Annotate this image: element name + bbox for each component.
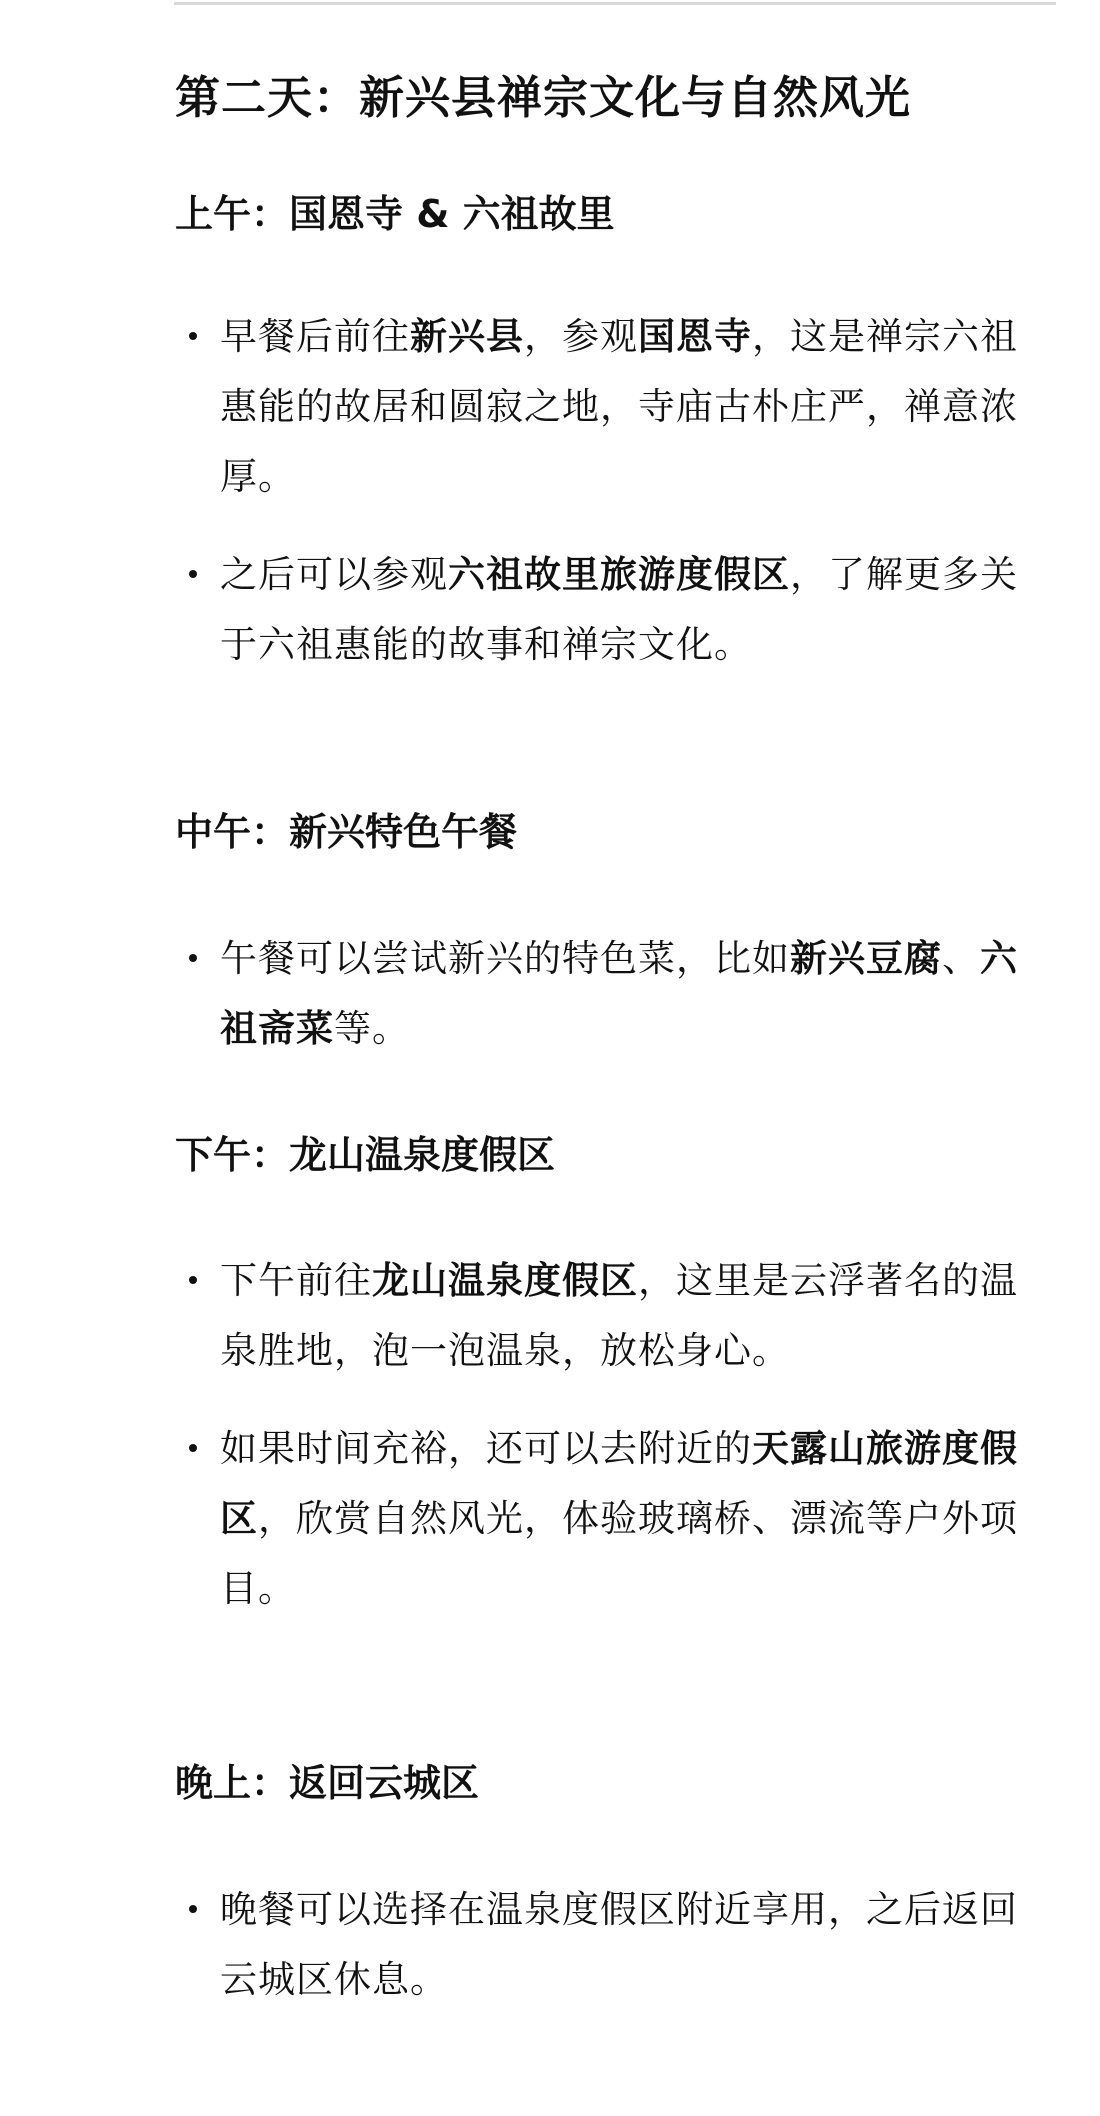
- list-item: 午餐可以尝试新兴的特色菜，比如新兴豆腐、六祖斋菜等。: [175, 924, 1055, 1064]
- emphasis-text: 六祖故里旅游度假区: [448, 553, 790, 596]
- body-text: 下午前往: [220, 1259, 372, 1302]
- day-title: 第二天：新兴县禅宗文化与自然风光: [175, 66, 911, 130]
- section-title: 晚上：返回云城区: [175, 1755, 1055, 1811]
- bullet-icon: [189, 1276, 197, 1284]
- bullet-icon: [189, 570, 197, 578]
- emphasis-text: 国恩寺: [638, 315, 752, 358]
- section-title: 下午：龙山温泉度假区: [175, 1127, 1055, 1183]
- list-item: 如果时间充裕，还可以去附近的天露山旅游度假区，欣赏自然风光，体验玻璃桥、漂流等户…: [175, 1414, 1055, 1624]
- bullet-icon: [189, 1905, 197, 1913]
- bullet-icon: [189, 332, 197, 340]
- list-item: 晚餐可以选择在温泉度假区附近享用，之后返回云城区休息。: [175, 1875, 1055, 2015]
- section-morning: 上午：国恩寺 & 六祖故里 早餐后前往新兴县，参观国恩寺，这是禅宗六祖惠能的故居…: [175, 186, 1055, 680]
- bullet-icon: [189, 954, 197, 962]
- body-text: 早餐后前往: [220, 315, 410, 358]
- item-list: 午餐可以尝试新兴的特色菜，比如新兴豆腐、六祖斋菜等。: [175, 924, 1055, 1064]
- body-text: ，欣赏自然风光，体验玻璃桥、漂流等户外项目。: [220, 1497, 1018, 1610]
- section-title: 上午：国恩寺 & 六祖故里: [175, 186, 1055, 242]
- item-list: 下午前往龙山温泉度假区，这里是云浮著名的温泉胜地，泡一泡温泉，放松身心。 如果时…: [175, 1246, 1055, 1624]
- section-evening: 晚上：返回云城区 晚餐可以选择在温泉度假区附近享用，之后返回云城区休息。: [175, 1755, 1055, 2015]
- emphasis-text: 新兴豆腐: [790, 937, 942, 980]
- list-item: 之后可以参观六祖故里旅游度假区，了解更多关于六祖惠能的故事和禅宗文化。: [175, 540, 1055, 680]
- emphasis-text: 龙山温泉度假区: [372, 1259, 638, 1302]
- body-text: ，参观: [524, 315, 638, 358]
- body-text: 、: [942, 937, 980, 980]
- emphasis-text: 新兴县: [410, 315, 524, 358]
- list-item: 下午前往龙山温泉度假区，这里是云浮著名的温泉胜地，泡一泡温泉，放松身心。: [175, 1246, 1055, 1386]
- item-list: 早餐后前往新兴县，参观国恩寺，这是禅宗六祖惠能的故居和圆寂之地，寺庙古朴庄严，禅…: [175, 302, 1055, 680]
- body-text: 午餐可以尝试新兴的特色菜，比如: [220, 937, 790, 980]
- body-text: 晚餐可以选择在温泉度假区附近享用，之后返回云城区休息。: [220, 1888, 1018, 2001]
- bullet-icon: [189, 1444, 197, 1452]
- section-afternoon: 下午：龙山温泉度假区 下午前往龙山温泉度假区，这里是云浮著名的温泉胜地，泡一泡温…: [175, 1127, 1055, 1624]
- list-item: 早餐后前往新兴县，参观国恩寺，这是禅宗六祖惠能的故居和圆寂之地，寺庙古朴庄严，禅…: [175, 302, 1055, 512]
- body-text: 之后可以参观: [220, 553, 448, 596]
- body-text: 等。: [334, 1007, 410, 1050]
- top-divider: [174, 2, 1056, 5]
- section-noon: 中午：新兴特色午餐 午餐可以尝试新兴的特色菜，比如新兴豆腐、六祖斋菜等。: [175, 804, 1055, 1064]
- body-text: 如果时间充裕，还可以去附近的: [220, 1427, 752, 1470]
- item-list: 晚餐可以选择在温泉度假区附近享用，之后返回云城区休息。: [175, 1875, 1055, 2015]
- section-title: 中午：新兴特色午餐: [175, 804, 1055, 860]
